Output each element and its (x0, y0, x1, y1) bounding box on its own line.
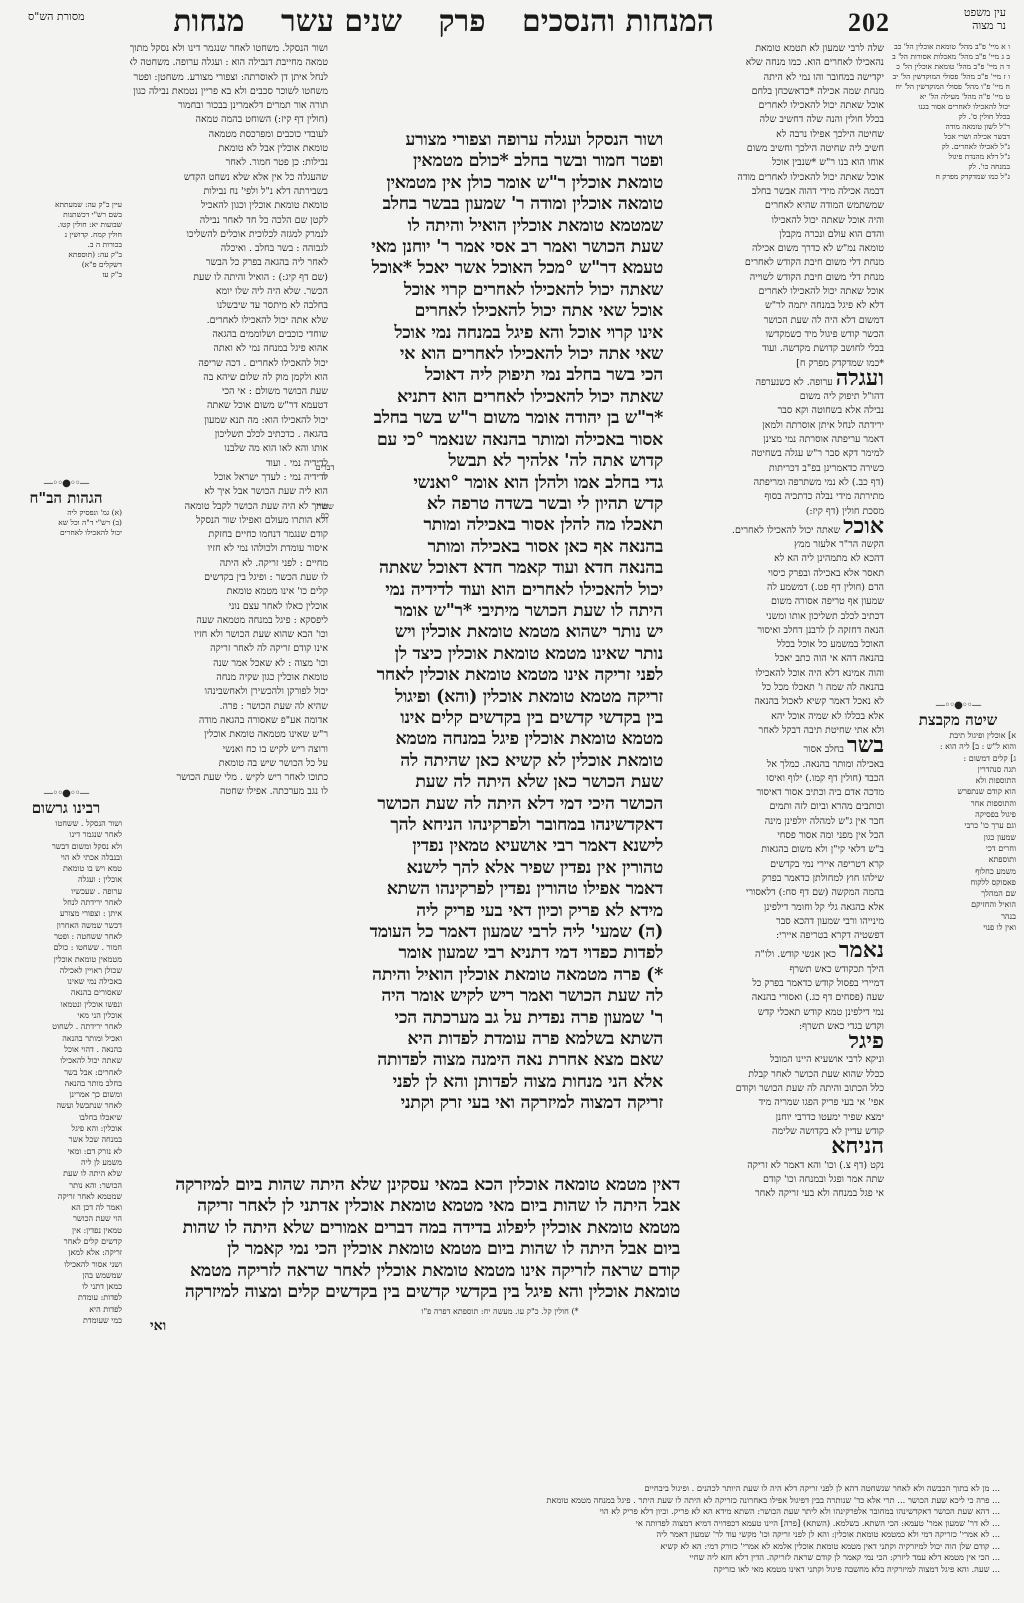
tosafot-line: בשבירתה דלא נ"ל ולפי' נח נבילות (130, 185, 328, 199)
shita-line: תגה סנהדרין (900, 764, 1016, 775)
rashi-line: הילך תכקודש כאש תשרף (676, 963, 884, 977)
shita-line: וגם ערך כו' כרבי (900, 820, 1016, 831)
rashi-line: אלא בהגאה גלי קל וחומר דילפינן (676, 901, 884, 915)
gemara-line: ופטר חמור ובשר בחלב *כולם מטמאין (338, 151, 663, 172)
tosafot-line: יכול להאכילו לאחרים . דכה שריפה (130, 357, 328, 371)
shita-line: בנהר (900, 911, 1016, 922)
gemara-line: טומאה אוכלין ומודה ר' שמעון בבשר בחלב (338, 194, 663, 215)
rabbeinu-line: באכילה נמי שאינו (10, 976, 122, 987)
rashi-line: בהמה המקשה (שם דף סח:) דלאסורי (676, 886, 884, 900)
rashi-line: שילהו חוץ למחולתן כדאמר בפרק (676, 872, 884, 886)
rabbeinu-line: שכולן ראויין לאכילה (10, 965, 122, 976)
rabbeinu-line: לאחר שנגמר דינו (10, 829, 122, 840)
tosafot-line: לאחר ליה בהגאה בפרק כל הבשר (130, 256, 328, 270)
tosafot-line: אותו והא לאו הוא מה שלבנו (130, 442, 328, 456)
hagahot-habach-title: הגהות הב"ח (10, 489, 122, 508)
gemara-line: בהנאה אף כאן אסור באכילה ומותר (338, 537, 663, 558)
gemara-line: ושור הנסקל ועגלה ערופה וצפורי מצורע (338, 130, 663, 151)
verse-reference-1: דברים יד (312, 463, 338, 481)
rashi-line: שמעון אף טריפה אסורה משום (676, 595, 884, 609)
shita-line: הוא קודם שנתפרש (900, 786, 1016, 797)
gemara-line: שאתה יכול להאכילו לאחרים הוא דתניא (338, 387, 663, 408)
rashi-line: והוה אמינא דלא היה אוכל להאכילו (676, 667, 884, 681)
rashi-line: בכלי לחושב קדושת מקדשה. ועוד (676, 342, 884, 356)
mesoret-entry: עיין ב"ק עה: שמעתתא (12, 200, 122, 210)
mesoret-entry: דשקלים פ"א) (12, 260, 122, 270)
rabbeinu-line: חמור . ששחטו : כולם (10, 942, 122, 953)
tosafot-line: אינו קודם זריקה לה לאחר זריקה (130, 642, 328, 656)
rashi-line: דהו"ל תיפוק ליה משום (676, 390, 884, 404)
rashi-line: טומאה נמ"ש לא כדרך משום אכילה (676, 242, 884, 256)
rashi-line: מתירתה מידי נבלה כדתכיה בסוף (676, 490, 884, 504)
mesoret-hashas-column: עיין ב"ק עה: שמעתתאבשם רש"י דכשתנותשבועו… (12, 200, 122, 280)
gemara-line: הכושר היכי דמי דלא היתה לה שעת הכושר (338, 794, 663, 815)
bottom-note-line: ... מן לא בתוך הכבשה ולא לאחר שנשחטה דהא… (24, 1483, 1000, 1495)
rabbeinu-line: שלא היתה לו שעת (10, 1168, 122, 1179)
tosafot-line: ושור הנסקל. משחטו לאחר שנגמר דינו ולא נס… (130, 42, 328, 56)
gemara-line: יכול להאכילו לאחרים הוא ועוד לדידיה נמי (338, 580, 663, 601)
shita-line: א] אוכלין ופיגול תיבת (900, 730, 1016, 741)
dibur-hamatchil-word: בשר (847, 738, 884, 757)
rabbeinu-line: ושור הנסקל . ששחטו (10, 818, 122, 829)
ein-mishpat-note: ג"ל דלא מהנדת פיגול (892, 152, 1010, 162)
rashi-line: שחיטה הילכך אפילו נרבה לא (676, 128, 884, 142)
tosafot-line: שייך לא היה שעת הכושר לקבל טומאה (130, 500, 328, 514)
gemara-line: טהורין אין נפדין שפיר אלא להך לישנא (338, 858, 663, 879)
rashi-line: דבמה אכילה מידי דהוה אבשר בחלב (676, 185, 884, 199)
tosafot-line: יכול לפורקן ולהכשירן ולאחשבינהו (130, 685, 328, 699)
rabbeinu-line: טמאין נפדין: אין (10, 1225, 122, 1236)
gemara-line: שעת הכושר ואמר רב אסי אמר ר' יוחנן מאי (338, 237, 663, 258)
rashi-line: קרא דטריפה איירי נמי בקדשים (676, 858, 884, 872)
rashi-line: הכבד (חולין דף קמו.) ילוף ואיסו (676, 772, 884, 786)
dibur-hamatchil-word: ועגלה (836, 371, 884, 390)
mesoret-entry: ב"ק עז (12, 270, 122, 280)
shita-line: ותוספתא (900, 854, 1016, 865)
rashi-line: כשירה כדאמרינן בפ"ב דכריתות (676, 462, 884, 476)
ein-mishpat-entry: ד ה מיי' פ"ב מהל' טומאת אוכלין הל' כ (892, 62, 1010, 72)
dibur-hamatchil-word: הניחא (831, 1139, 884, 1158)
tosafot-line: כתוכו לאחר ריש לקיש . מלי שעת הכושר (130, 771, 328, 785)
rabbeinu-line: אוכלין : ועגלה (10, 874, 122, 885)
shita-line: ג] קלים דמשום : (900, 753, 1016, 764)
bottom-commentary: ... מן לא בתוך הכבשה ולא לאחר שנשחטה דהא… (24, 1483, 1000, 1575)
tosafot-line: איסור עומדת ולכולהו נמי לא חזיו (130, 542, 328, 556)
tosafot-line: (שם דף קיג:) : הואיל והיתה לו שעת (130, 271, 328, 285)
tosafot-line: שהיא לה שעת הכושר : פרה. (130, 700, 328, 714)
tosafot-line: אהוא פיגל במנחה נמי לא ואתה (130, 342, 328, 356)
shita-line: פיגול בפסיקה (900, 809, 1016, 820)
gemara-line: בהנאה חדא ועוד קאמר חדא דאוכל שאתה (338, 558, 663, 579)
ein-mishpat-note: במנחה כו'. לק (892, 162, 1010, 172)
gemara-line: טומאת אוכלין לא קשיא כאן שהיתה לה (338, 751, 663, 772)
gemara-line: תאכלו מה להלן אסור באכילה ומותר (338, 515, 663, 536)
ornament-divider: —◦◦●◦◦— (10, 788, 122, 799)
rashi-line: הנאה דחזקה לן לרבנן דחלב ואיסור (676, 624, 884, 638)
rashi-line: ירידתה לנחל איתן אוסרתה ולמאן (676, 419, 884, 433)
gemara-line: אינו קרוי אוכל והא פיגל במנחה נמי אוכל (338, 323, 663, 344)
tosafot-line: לנמרק למגזה לכלוכית אוכלים להשליכו (130, 228, 328, 242)
chapter-label: פרק (438, 4, 485, 39)
shita-line: והתוספות אחר (900, 798, 1016, 809)
chapter-name: המנחות והנסכים (522, 4, 714, 39)
gemara-line: שאם מצא אחרת נאה הימנה מצוה לפדותה (338, 1050, 663, 1071)
ornament-divider: —◦◦●◦◦— (10, 478, 122, 489)
rashi-line: בהנאה לה שמה ו' תאכלו מכל כל (676, 681, 884, 695)
gemara-line: השתא בשלמא פרה עומדת לפדות היא (338, 1029, 663, 1050)
rashi-line: דאמר עריפתה אוסרתה נמי מצינן (676, 433, 884, 447)
tosafot-line: ולא הותרו מעולם ואפילו שור הנסקל (130, 514, 328, 528)
bottom-note-line: ... הכי אין מטמא דלא עמד ליזרק: הכי נמי … (24, 1552, 1000, 1564)
gemara-line: נותר שאינו מטמא טומאת אוכלין כיצד לן (338, 644, 663, 665)
rashi-line: מנחת דלי משום חיבת הקודש לשוייה (676, 271, 884, 285)
rashi-line: באכילה ומותר בהנאה. כמלך אל (676, 758, 884, 772)
gemara-line: (ה) שמעי' ליה לרבי שמעון דאמר כל העומד (338, 922, 663, 943)
tosafot-line: לגבוהה : בשר בחלב . ואיכלה (130, 242, 328, 256)
dibur-hamatchil-continuation: בחלב אסור (804, 744, 847, 755)
gemara-line: *ר"ש בן יהודה אומר משום ר"ש בשר בחלב (338, 408, 663, 429)
bottom-note-line: ... שעה. והא פיגל דמצוה למיזרקיה בלא מחש… (24, 1564, 1000, 1576)
gemara-line: ביום אבל היתה לו שהות ביום מטמא טומאת או… (130, 1239, 680, 1260)
rashi-line: מנחת שמה אכילה *כדאשכחן בלחם (676, 85, 884, 99)
rashi-line: דמשום דלא היה לה שעת הכושר (676, 314, 884, 328)
tractate-name: מנחות (173, 4, 244, 39)
rabbeinu-line: איתן : וצפורי מצורע (10, 908, 122, 919)
rabbeinu-line: ערופה . שעכשיו (10, 886, 122, 897)
bottom-note-line: ... דהא שעת הכושר דאקדשינהו במחובר אלפרק… (24, 1506, 1000, 1518)
dibur-hamatchil: אוכל שאתה יכול להאכילו לאחרים. (676, 519, 884, 538)
rabbeinu-line: מטמאין טומאת אוכלין (10, 954, 122, 965)
rashi-line: (דף כב.) לא נמי משתרפה ומריפתה (676, 476, 884, 490)
gemara-line: גדי בחלב אמו ולהלן הוא אומר °ואנשי (338, 473, 663, 494)
gemara-line: היתה לו שעת הכושר מיתיבי *ר"ש אומר (338, 601, 663, 622)
rabbeinu-line: לפדות: עומדת (10, 1292, 122, 1303)
gemara-line: אבל היתה לו שהות ביום מאי מטמא טומאת אוכ… (130, 1196, 680, 1217)
tosafot-line: מחיים : לפני זריקה. לא היתה (130, 557, 328, 571)
rashi-line: ולא אתי שחיטת תיבה דבקל לאחר (676, 724, 884, 738)
rabbeinu-line: ומשום כך אמרינן (10, 1089, 122, 1100)
tosafot-line: ורוצה ריש לקיש בו כח ואנשי (130, 743, 328, 757)
rashi-line: הכשר קודש פיגול מיד כשמקדשו (676, 328, 884, 342)
gemara-line: אסור באכילה ומותר בהנאה שנאמר °כי עם (338, 430, 663, 451)
shita-mekubetzet-title: שיטה מקבצת (900, 711, 1016, 730)
rabbeinu-line: בהנאה . דהוי אוכל (10, 1044, 122, 1055)
dibur-hamatchil-continuation: שאתה יכול להאכילו לאחרים. (732, 525, 843, 536)
rabbeinu-gershom-body: ושור הנסקל . ששחטולאחר שנגמר דינוולא נסק… (10, 818, 122, 1326)
dibur-hamatchil-word: נאמר (839, 943, 884, 962)
gemara-line: יש נותר ישהוא מטמא טומאת אוכלין ויש (338, 622, 663, 643)
ein-mishpat-note: ר"ל לשון טומאה מודה (892, 122, 1010, 132)
running-title: המנחות והנסכים פרק שנים עשר מנחות (147, 4, 714, 39)
rashi-line: וניקא לרבי אושעיא היינו המובל (676, 1053, 884, 1067)
tosafot-line: קלים כו' אינו מטמא טומאת (130, 585, 328, 599)
rashi-line: לא נאכל דאמר קשיא לאכול בהנאה (676, 695, 884, 709)
tosafot-line: ר"ש שאינו מטמאה טומאת אוכלין (130, 728, 328, 742)
rashi-line: דפשטיה דקרא בטריפה איירי: (676, 929, 884, 943)
dibur-hamatchil: הניחא (676, 1139, 884, 1158)
gemara-line: *) פרה מטמאה טומאת אוכלין הואיל והיתה (338, 965, 663, 986)
bottom-note-line: ... פרה כי ליכא שעת הכושר ... תרי אלא כד… (24, 1495, 1000, 1507)
shita-line: ואין לו פנוי (900, 922, 1016, 933)
ornament-divider: —◦◦●◦◦— (900, 700, 1016, 711)
rashi-line: נמי דילפינן טמא קודש תאכלי קדש (676, 1006, 884, 1020)
tosafot-column: ושור הנסקל. משחטו לאחר שנגמר דינו ולא נס… (130, 42, 328, 800)
rashi-line: אפי' אי בעי פריק הפגו שמריה מיד (676, 1096, 884, 1110)
rashi-line: בהנאה דהא אי הוה כתב יאכל (676, 652, 884, 666)
mesoret-hashas-heading: מסורת הש"ס (28, 10, 85, 23)
rashi-line: אוחו הוא בנו ר"ש *שנבין אוכל (676, 156, 884, 170)
rashi-line: ב"ש דלאי קי"ן ולא משום בהגאות (676, 843, 884, 857)
mesoret-entry: חולין קמח. קדושין נ (12, 230, 122, 240)
tosafot-line: טמאה מחייבת דנבילה הוא : ועגלה ערופה. מש… (130, 56, 328, 70)
gemara-column: ושור הנסקל ועגלה ערופה וצפורי מצורעופטר … (338, 130, 663, 1115)
gemara-line: לה שעת הכושר ואמר ריש לקיש אומר היה (338, 986, 663, 1007)
rashi-line: למימר דקא סבר ר"ש עגלה בשחיטה (676, 447, 884, 461)
rashi-line: נקט (דף צ.) וכו' והא דאמר לא זריקה (676, 1159, 884, 1173)
gemara-line: מטמא טומאת אוכלין פיגל במנחה מטמא (338, 729, 663, 750)
rabbeinu-line: טמא ויש בו טומאת (10, 863, 122, 874)
rashi-line: אוכל שאתה יכול להאכילו לאחרים (676, 285, 884, 299)
mesoret-entry: שבועות יא: חולין קטו. (12, 220, 122, 230)
rabbeinu-line: כמאן דתני לו (10, 1281, 122, 1292)
ein-mishpat-entry: ו א מיי' פ"ב מהל' טומאת אוכלין הל' כב (892, 42, 1010, 52)
shita-line: שמעון כגון (900, 832, 1016, 843)
gemara-line: קודם שראה לזריקה אינו מטמא טומאת אוכלין … (130, 1261, 680, 1282)
rabbeinu-line: דכשר שמשה האחרון (10, 920, 122, 931)
shita-line: והוא ל"ש : ב] ליה הוא : (900, 741, 1016, 752)
rabbeinu-gershom-box: —◦◦●◦◦— רבינו גרשום ושור הנסקל . ששחטולא… (10, 788, 122, 1326)
rashi-line: אוכל שאתה יכול להאכילו לאחרים (676, 99, 884, 113)
bottom-note-line: ... לא דר' שמעון אמר' טעמא: הכי השתא. בש… (24, 1518, 1000, 1530)
gemara-line: דאמר אפילו טהורין נפדין לפרקינהו השתא (338, 879, 663, 900)
ein-mishpat-entry: ח מיי' פ"ו מהל' פסולי המוקדשין הל' יח (892, 82, 1010, 92)
shita-mekubetzet-box: —◦◦●◦◦— שיטה מקבצת א] אוכלין ופיגול תיבת… (900, 700, 1016, 933)
mesoret-entry: בכורות ה ב. (12, 240, 122, 250)
tosafot-line: שהעגלה כל אין אלא שלא נשחט הקדש (130, 171, 328, 185)
rashi-line: שעה (פסחים דף כג.) ואסורי בהנאה (676, 991, 884, 1005)
rashi-line: מדכה אדם ביה וכתיב אסור דאיסור (676, 786, 884, 800)
rabbeinu-line: משמע לן ליה (10, 1157, 122, 1168)
hagahot-line: יכול להאכילו לאחרים (10, 528, 122, 538)
gemara-line: שאתה יכול להאכילו לאחרים קרוי אוכל (338, 280, 663, 301)
tosafot-line: בהגאה . כדכתיב לכלב תשליכון (130, 428, 328, 442)
rabbeinu-line: בחלב מותר בהנאה (10, 1078, 122, 1089)
rabbeinu-line: הכושר: והא נותר (10, 1180, 122, 1191)
shita-line: שם המהלך (900, 888, 1016, 899)
rashi-line: יקדישה במחובר והו נמי לא היתה (676, 71, 884, 85)
gemara-line: שמטמא טומאת אוכלין הואיל והיתה לו (338, 216, 663, 237)
tosafot-line: לעובדי כוכבים ומפרכסת מטמאה (130, 128, 328, 142)
gemara-line: דאקדשינהו במחובר ולפרקינהו הניחא להך (338, 815, 663, 836)
gemara-line: הכי בשר בחלב נמי תיפוק ליה דאוכל (338, 365, 663, 386)
tosafot-line: קודם שנגמר דנחמו כחיים בחזקת (130, 528, 328, 542)
rabbeinu-line: שאתה יכול להאכילו (10, 1055, 122, 1066)
ein-mishpat-note: בכלל חולין ס'. לק (892, 112, 1010, 122)
tosafot-line: שלא אתה יכול להאכילו לאחרים. (130, 314, 328, 328)
tosafot-line: שוחדי כוכבים ושלוממים בהגאה (130, 328, 328, 342)
bottom-note-line: ... קודם שלן הוה יכול למיזרקיה וקתני דאי… (24, 1541, 1000, 1553)
chapter-number: שנים עשר (281, 4, 402, 39)
gemara-line: זריקה דמצוה למיזרקה ואי בעי זרק וקתני (338, 1093, 663, 1114)
rashi-line: קודש עדיין לא בקדושה שלימה (676, 1125, 884, 1139)
rashi-line: כלל הכתוב והיתה לה שעת הכושר וקודם (676, 1082, 884, 1096)
tosafot-line: אוכלין כאלו לאחר עצם נוני (130, 600, 328, 614)
rashi-line: *כמו שמדקדק מפרק ח] (676, 357, 884, 371)
rabbeinu-line: ואמר לה דכן הא (10, 1202, 122, 1213)
rabbeinu-line: ובנבלה אכתי לא הוי (10, 852, 122, 863)
rabbeinu-line: לא נזרק דם: ומאי (10, 1146, 122, 1157)
gemara-line: טומאת אוכלין ר"ש אומר כולן אין מטמאין (338, 173, 663, 194)
rabbeinu-line: לאחר ששחטה : ופטר (10, 931, 122, 942)
dibur-hamatchil: בשר בחלב אסור (676, 738, 884, 757)
rashi-line: ככלל שהוא שעת הכושר לאחר קבלת (676, 1068, 884, 1082)
hagahot-habach-box: —◦◦●◦◦— הגהות הב"ח (א) גמ' ונפסיק ליה(ב)… (10, 478, 122, 538)
bottom-note-line: ... לא אמרי' כזריקה דמי ולא כמטמא טומאת … (24, 1529, 1000, 1541)
gemara-line: מטמא טומאת אוכלין ליפלוג בדידה במה דברים… (130, 1218, 680, 1239)
tosafot-line: אדומה אע"פ שאסורה בהגאה מודה (130, 714, 328, 728)
rashi-line: הקשה הר"ר אלעזר ממץ (676, 538, 884, 552)
rabbeinu-line: קדשים קלים לאחר (10, 1236, 122, 1247)
shita-line: התוספות ולא (900, 775, 1016, 786)
rashi-line: חבר אין ג"ש למהלה יולפינן מינה (676, 815, 884, 829)
tosafot-line: הוא ולקמן מוק לה שלום שיהא בה (130, 371, 328, 385)
ein-mishpat-heading: עין משפט נר מצוה (926, 6, 1006, 32)
rashi-line: בכלל חולין והנה שלה דחשיב שלה (676, 113, 884, 127)
rabbeinu-line: לפדות היא (10, 1304, 122, 1315)
rashi-line: דהכא לא מתמהינן ליה הא לא (676, 552, 884, 566)
dibur-hamatchil-continuation: ערופה. לא כשנערפה (756, 377, 836, 388)
rabbeinu-line: אוכלין הני מאי (10, 1010, 122, 1021)
rabbeinu-line: לאחר ירידתה . לשחוט (10, 1021, 122, 1032)
tosafot-line: הוא ליה שעת הכושר אבל איך לא (130, 485, 328, 499)
rashi-line: שלה לרבי שמעון לא תטמא טומאת (676, 42, 884, 56)
rabbeinu-line: לאחר שנתבשל ועשה (10, 1100, 122, 1111)
tosafot-line: לקטן שם הלכה כל חד לאחר נבילה (130, 214, 328, 228)
ein-mishpat-note: יכול להאכילו לאחרים אסור בגנו (892, 102, 1010, 112)
rashi-line: דמיירי בפסול קודש כדאמר בפרק כל (676, 977, 884, 991)
tosafot-line: (חולין דף קיז:) השוחט בהמה טמאה (130, 113, 328, 127)
gemara-line: אלא הני מנחות מצוה לפדותן והא לן לפני (338, 1072, 663, 1093)
hagahot-habach-body: (א) גמ' ונפסיק ליה(ב) רש"י ד"ה וכל שאיכו… (10, 508, 122, 538)
rabbeinu-line: במנחה שכל אשר (10, 1134, 122, 1145)
tosafot-line: טומאת אוכלין כגון שקיה מנחה (130, 671, 328, 685)
rabbeinu-line: לאחרים: אבל בשר (10, 1067, 122, 1078)
rashi-line: אוכל שאתה יכול להאכילו לאחרים מודה (676, 171, 884, 185)
ner-mitzvah-heading-line: נר מצוה (926, 19, 1006, 32)
shita-mekubetzet-body: א] אוכלין ופיגול תיבתוהוא ל"ש : ב] ליה ה… (900, 730, 1016, 933)
rabbeinu-line: לאחר ירידתה לנחל (10, 897, 122, 908)
ein-mishpat-entry: ב ג מיי' פ"ב מהל' מאכלות אסורות הל' ב (892, 52, 1010, 62)
ein-mishpat-note: דבשר אכילה ושרי אכל (892, 132, 1010, 142)
dibur-hamatchil: פיגל (676, 1034, 884, 1053)
gemara-wide-block: דאין מטמא טומאה אוכלין הכא במאי עסקינן ש… (130, 1175, 680, 1303)
rashi-line: שתה אמר ופגל ובמנחה וכו' קודם (676, 1173, 884, 1187)
gemara-line: שעת הכושר כאן שלא היתה לה שעת (338, 772, 663, 793)
tosafot-line: לו נגב מערכתה. אפילו שחטה (130, 785, 328, 799)
rabbeinu-line: שאסורים בהנאה (10, 987, 122, 998)
rashi-line: מסכת חולין (דף קיז:) (676, 505, 884, 519)
rashi-line: תאסר אלא באכילה ובפרק כיסוי (676, 567, 884, 581)
tosafot-line: משחטו לשוכר סכבים ולא בא פריין נטמאת נבי… (130, 85, 328, 99)
dibur-hamatchil: ועגלה ערופה. לא כשנערפה (676, 371, 884, 390)
rashi-line: מנחת דלי משום חיבת הקודש לאחרים (676, 256, 884, 270)
dibur-hamatchil-word: אוכל (843, 519, 884, 538)
shita-line: הואיל והחזיקם (900, 899, 1016, 910)
gemara-line: לפני זריקה אינו מטמא טומאת אוכלין לאחר (338, 665, 663, 686)
tosafot-line: נבילות: כן פטר חמור. לאחר (130, 156, 328, 170)
tosafot-line: הכשר. שלא היה ליה שלו יומא (130, 285, 328, 299)
rashi-line: מינייהו ורבי שמעון דהכא סבר (676, 915, 884, 929)
rabbeinu-line: ואכיל ומותר בהנאה (10, 1033, 122, 1044)
gemara-line: דאין מטמא טומאה אוכלין הכא במאי עסקינן ש… (130, 1175, 680, 1196)
gemara-line: טומאת אוכלין והא פיגל בין בקדשי קדשים בי… (130, 1282, 680, 1303)
gemara-line: זריקה מטמא טומאת אוכלין (והא) ופיגול (338, 687, 663, 708)
shita-line: משמע כחלוף (900, 866, 1016, 877)
rashi-line: והיה אוכל שאתה יכול להאכילו (676, 214, 884, 228)
rabbeinu-line: שיאכלו בחלבו (10, 1112, 122, 1123)
rabbeinu-line: ושני אסור להאכילו (10, 1259, 122, 1270)
dibur-hamatchil: נאמר כאן אנשי קודש. ולו"ה (676, 943, 884, 962)
rashi-line: דכתיב לכלב תשליכון אותו ומשני (676, 610, 884, 624)
ein-mishpat-column: ו א מיי' פ"ב מהל' טומאת אוכלין הל' כבב ג… (892, 42, 1010, 182)
hagahot-line: (א) גמ' ונפסיק ליה (10, 508, 122, 518)
page-number: 202 (848, 8, 890, 38)
tosafot-line: שעת הכושר משולם : אי הכי (130, 385, 328, 399)
tosafot-line: בחלבה לא מיתסר עד שיבשלנו (130, 299, 328, 313)
catchword: ואי (150, 1318, 166, 1335)
rashi-line: והדם הוא עולם ונכרה מקבלן (676, 228, 884, 242)
ein-mishpat-entry: ט מיי' פ"ה מהל' מעילה הל' יא (892, 92, 1010, 102)
ein-mishpat-heading-line: עין משפט (926, 6, 1006, 19)
mesoret-entry: בשם רש"י דכשתנות (12, 210, 122, 220)
tosafot-line: לנחל איתן דן לאוסרתה: וצפורי מצורע. משחט… (130, 71, 328, 85)
gemara-line: לפדות כפדוי דמי דתניא רבי שמעון אומר (338, 943, 663, 964)
rabbeinu-line: כמי שעומדת (10, 1315, 122, 1326)
shita-line: פאסוקס ללקוח (900, 877, 1016, 888)
rabbeinu-line: ולא נסקל ומשום דבשר (10, 841, 122, 852)
mesoret-entry: ב"ק עה: (תוספתא (12, 250, 122, 260)
tosafot-line: וכו' הבא שהוא שעת הכושר ולא חזיו (130, 628, 328, 642)
rashi-line: וכותבים מהרא וביום לזה ותמים (676, 800, 884, 814)
dibur-hamatchil-continuation: כאן אנשי קודש. ולו"ה (755, 949, 839, 960)
rashi-line: הכל אין מפני ומה אסור פסחי (676, 829, 884, 843)
rabbeinu-line: שמטמא לאחר זריקה (10, 1191, 122, 1202)
gemara-line: טעמא דר"ש °מכל האוכל אשר יאכל *אוכל (338, 258, 663, 279)
tosafot-line: טומאת טומאת אוכלין וכגון להאכיל (130, 199, 328, 213)
ein-mishpat-note: ג"ל לאכילו לאחרים. לק (892, 142, 1010, 152)
rashi-line: וקדש בגדי כאש תשרף: (676, 1020, 884, 1034)
rabbeinu-line: שמשמש בהן (10, 1270, 122, 1281)
rashi-line: אלא בכללו לא שמיה אוכל יהא (676, 710, 884, 724)
verse-reference-2: שמות כב (312, 502, 338, 520)
gemara-line: קדוש אתה לה' אלהיך לא תבשל (338, 451, 663, 472)
rashi-line: דלא לא פיגל במנחה יתמה לר"ש (676, 299, 884, 313)
gemara-line: קדש תהיון לי ובשר בשדה טרפה לא (338, 494, 663, 515)
rashi-line: ימצא שפיר ימעטו כדרבי יוחנן (676, 1111, 884, 1125)
rashi-line: אי פגל במנחה ולא בעי זריקה לאחר (676, 1187, 884, 1201)
tosafot-line: תורה אור תמרים דלאמרינן בבכור ובחמור (130, 99, 328, 113)
gemara-line: שאי אתה יכול להאכילו לאחרים הוא אי (338, 344, 663, 365)
tosafot-line: טומאת אוכלין אבל לא טומאת (130, 142, 328, 156)
rashi-line: נבילה אלא בשחוטה וקא סבר (676, 404, 884, 418)
tosafot-line: וכו' מצוה : לא שאכל אמר שנה (130, 657, 328, 671)
tosafot-line: לדידיה נמי . ועוד (130, 457, 328, 471)
rabbeinu-gershom-title: רבינו גרשום (10, 799, 122, 818)
rashi-line: נהאכילו לאחרים הוא. כמו מנחה שלא (676, 56, 884, 70)
tosafot-line: דטעמא דר"ש משום אוכל שאתה (130, 399, 328, 413)
tosafot-line: על כל הכושר שיש בה טומאת (130, 757, 328, 771)
gemara-line: מידא לא פריק וכיון דאי בעי פריק ליה (338, 901, 663, 922)
